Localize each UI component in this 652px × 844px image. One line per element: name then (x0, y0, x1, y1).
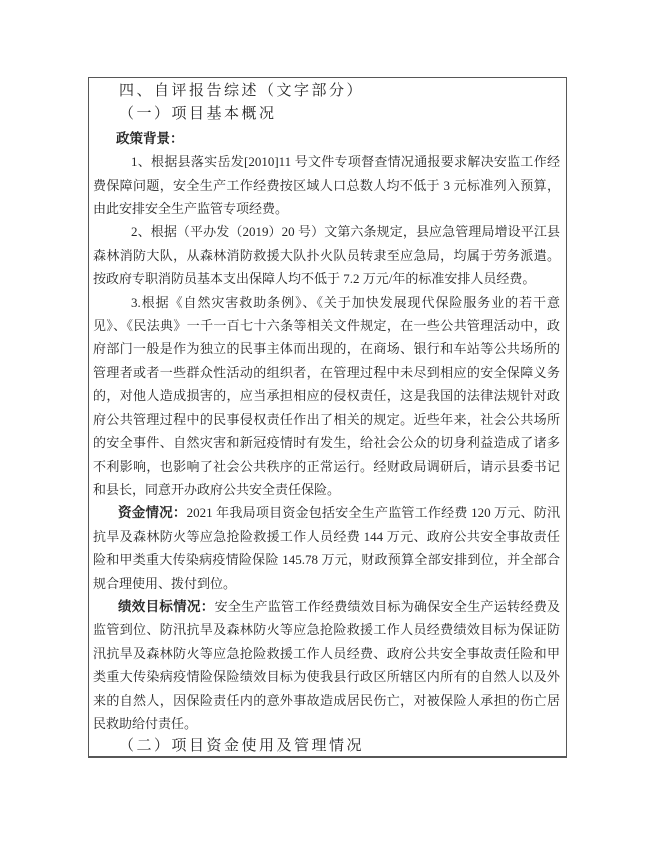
performance-paragraph: 绩效目标情况：安全生产监管工作经费绩效目标为确保安全生产运转经费及监管到位、防汛… (93, 595, 560, 735)
performance-text: 安全生产监管工作经费绩效目标为确保安全生产运转经费及监管到位、防汛抗旱及森林防火… (93, 599, 560, 731)
report-table-cell: 四、自评报告综述（文字部分） （一）项目基本概况 政策背景： 1、根据县落实岳发… (88, 77, 567, 758)
policy-background-label: 政策背景： (93, 127, 560, 150)
subsection-heading-1: （一）项目基本概况 (93, 103, 560, 126)
funding-label: 资金情况： (118, 505, 187, 520)
section-title: 四、自评报告综述（文字部分） (93, 80, 560, 103)
policy-paragraph-3: 3.根据《自然灾害救助条例》、《关于加快发展现代保险服务业的若干意见》、《民法典… (93, 291, 560, 502)
performance-label: 绩效目标情况： (118, 599, 215, 614)
policy-paragraph-1: 1、根据县落实岳发[2010]11 号文件专项督查情况通报要求解决安监工作经费保… (93, 150, 560, 220)
funding-paragraph: 资金情况：2021 年我局项目资金包括安全生产监管工作经费 120 万元、防汛抗… (93, 501, 560, 595)
subsection-heading-2: （二）项目资金使用及管理情况 (93, 735, 560, 758)
policy-paragraph-2: 2、根据（平办发（2019）20 号）文第六条规定，县应急管理局增设平江县森林消… (93, 220, 560, 290)
